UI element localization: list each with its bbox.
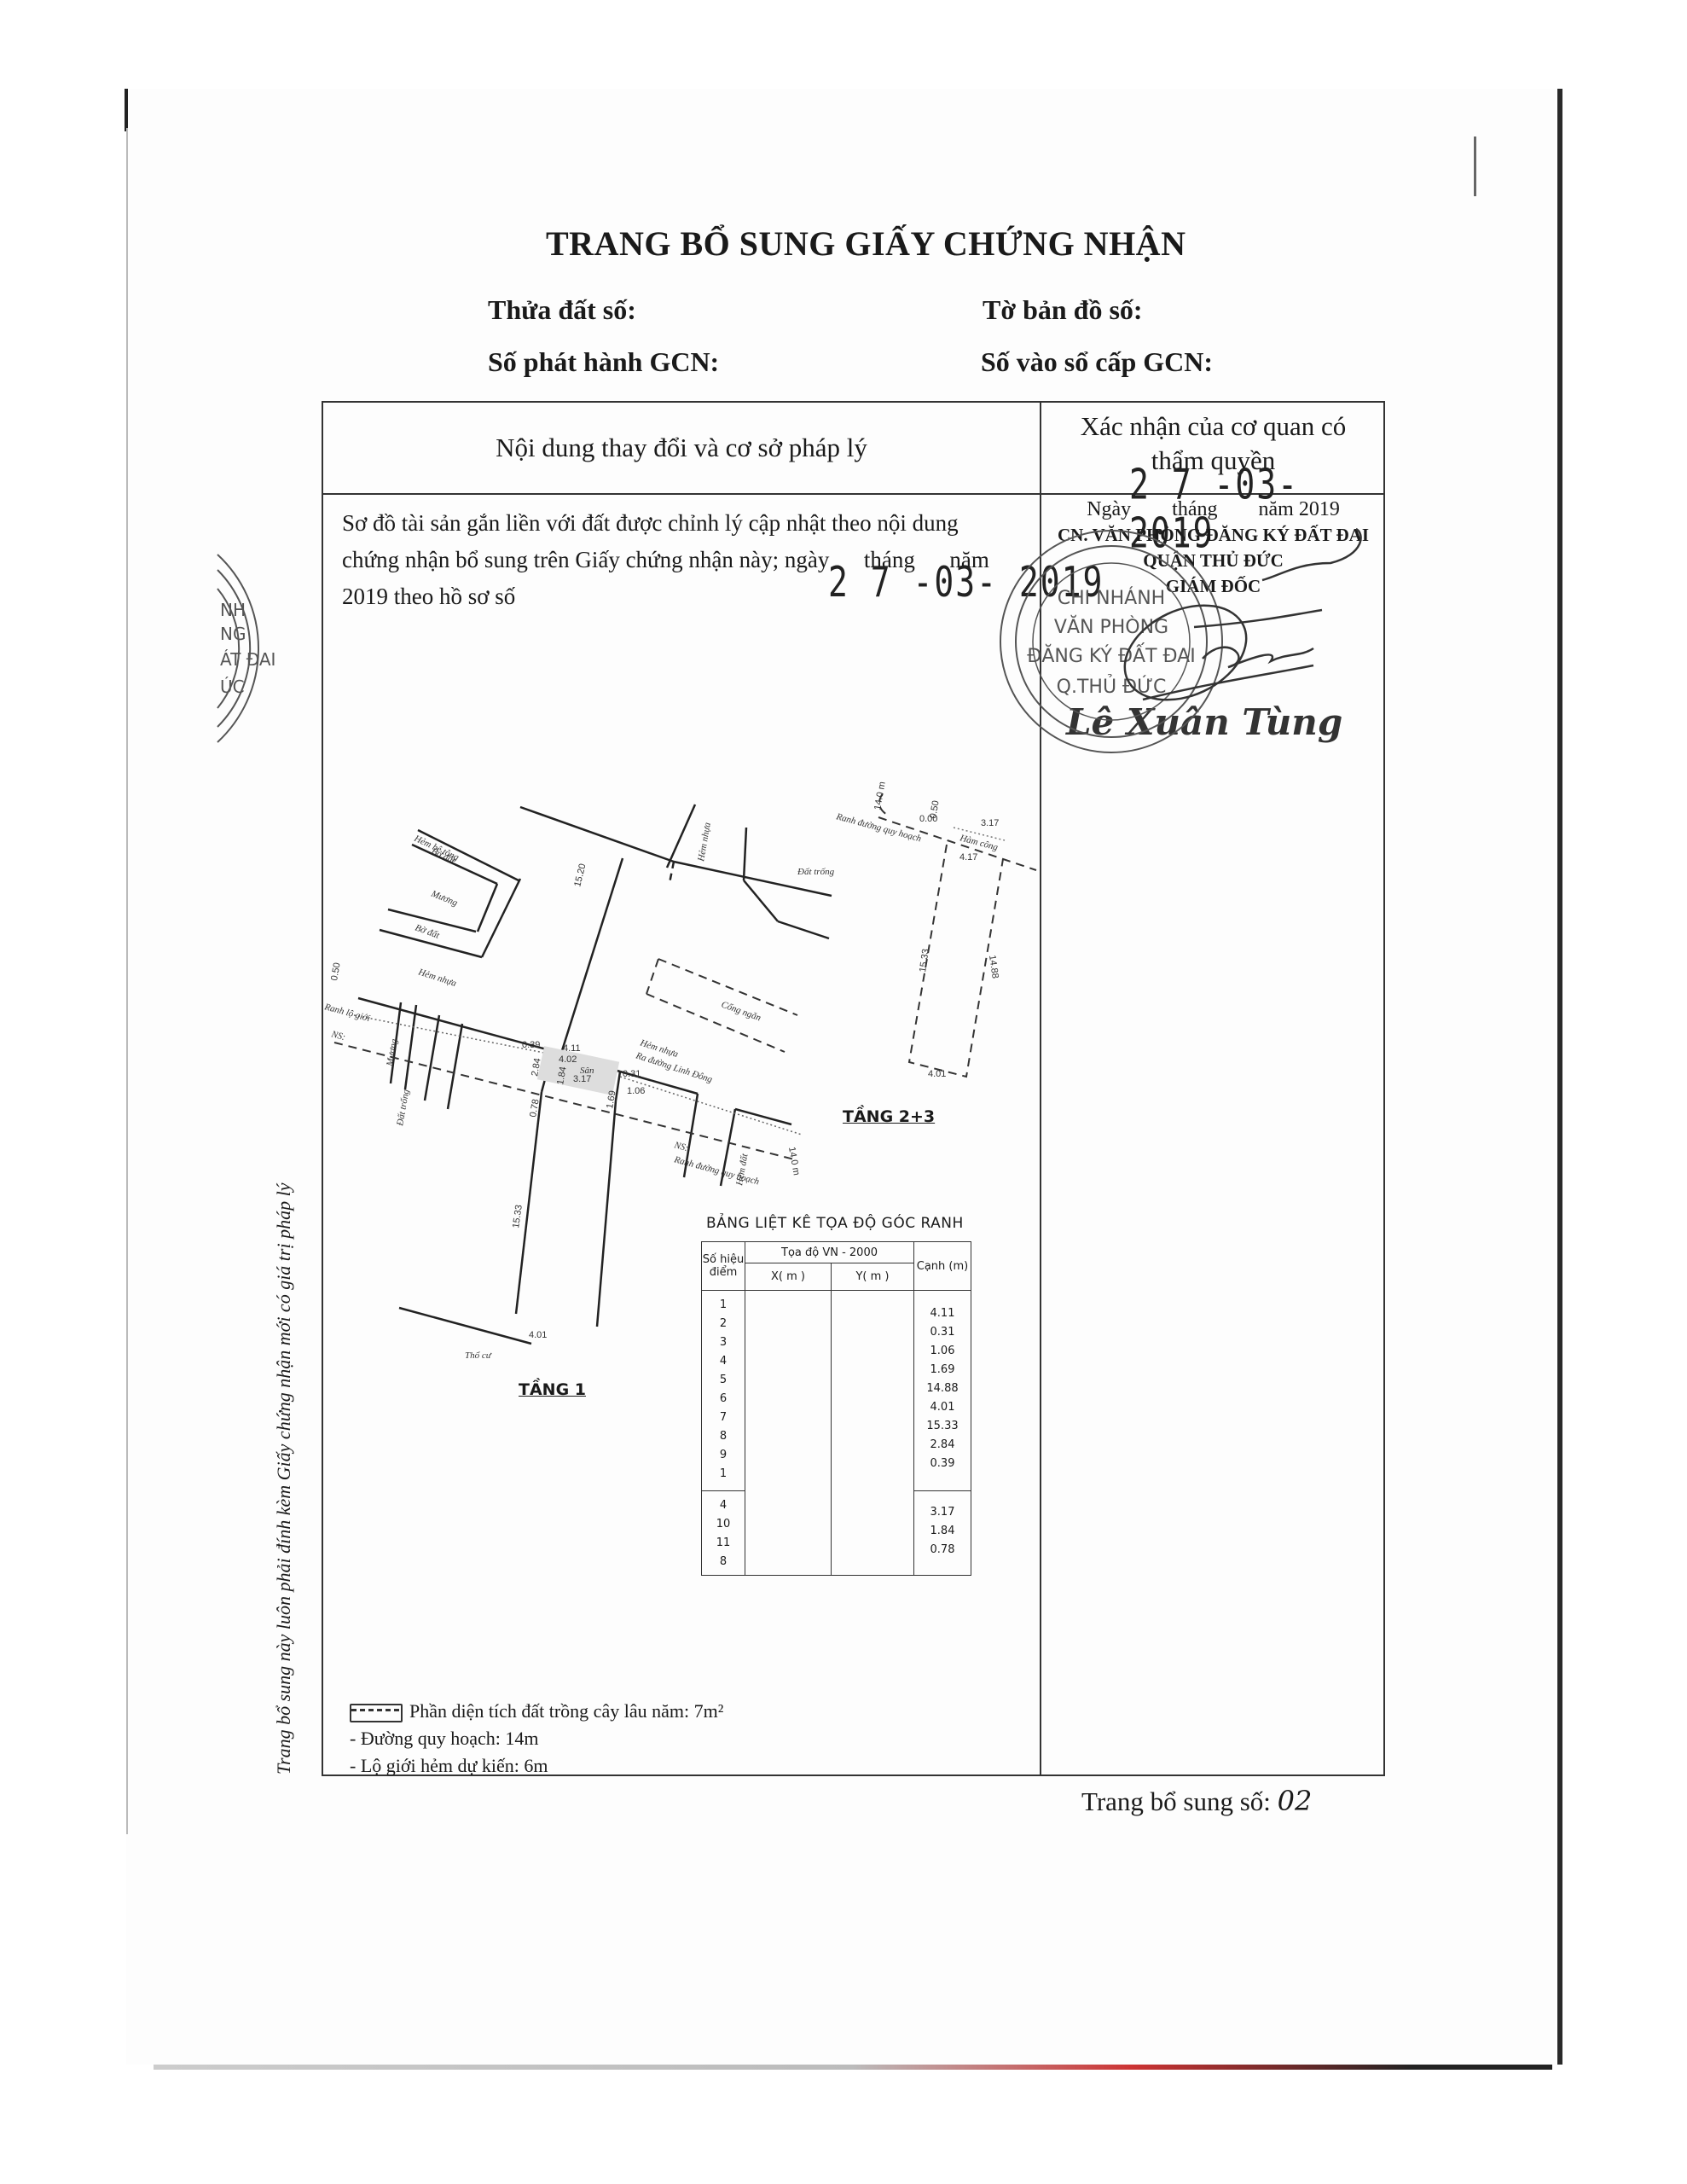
seal-icon — [1000, 531, 1222, 752]
dim-4-01: 4.01 — [529, 1330, 547, 1340]
label-cong-ngan: Cống ngăn — [720, 1000, 762, 1024]
label-ns-1: NS: — [329, 1029, 346, 1043]
page-number-line: Trang bổ sung số: 02 — [1081, 1785, 1312, 1817]
point-id: 11 — [702, 1534, 745, 1553]
dim-1-06: 1.06 — [627, 1086, 645, 1096]
header-x: X( m ) — [745, 1263, 832, 1291]
dim-15-20: 15.20 — [572, 863, 588, 888]
svg-text:NG: NG — [220, 624, 246, 644]
edge-length: 2.84 — [914, 1436, 971, 1455]
edge-length: 1.69 — [914, 1361, 971, 1380]
label-bo-dat-2: Bờ đất — [414, 923, 442, 942]
dim-0-39: 0.39 — [522, 1040, 540, 1050]
label-muong: Mương — [429, 888, 460, 909]
dim-0-31: 0.31 — [623, 1069, 641, 1079]
label-hem-nhua-top: Hẻm nhựa — [696, 822, 713, 863]
page-number-value: 02 — [1278, 1785, 1313, 1817]
group2-edges: 3.171.840.78 — [914, 1491, 971, 1576]
label-tho-cu: Thổ cư — [465, 1350, 492, 1361]
dim-2-3-17: 3.17 — [981, 818, 999, 828]
point-id: 2 — [702, 1315, 745, 1333]
edge-length: 0.78 — [914, 1541, 971, 1560]
point-id: 8 — [702, 1553, 745, 1571]
y-values — [832, 1291, 914, 1576]
label-ranh-lo-gioi: Ranh lộ giới — [322, 1002, 371, 1024]
seal-text-2: VĂN PHÒNG — [1054, 615, 1168, 638]
svg-text:ÚC: ÚC — [220, 677, 245, 697]
edge-length: 0.39 — [914, 1455, 971, 1473]
point-id: 1 — [702, 1296, 745, 1315]
group1-points: 1234567891 — [702, 1291, 745, 1491]
point-id: 4 — [702, 1352, 745, 1371]
header-coord: Tọa độ VN - 2000 — [745, 1242, 914, 1263]
partial-seal-icon — [217, 555, 258, 742]
header-y: Y( m ) — [832, 1263, 914, 1291]
dim-2-4-01: 4.01 — [928, 1069, 946, 1079]
edge-length: 4.01 — [914, 1398, 971, 1417]
point-id: 1 — [702, 1465, 745, 1484]
dim-2-14m: 14.0 m — [872, 781, 888, 810]
point-id: 4 — [702, 1496, 745, 1515]
svg-text:NH: NH — [220, 600, 246, 620]
edge-length: 1.84 — [914, 1522, 971, 1541]
dim-4-17: 4.17 — [959, 852, 977, 863]
floor-1-label: TẦNG 1 — [519, 1380, 586, 1399]
side-note: Trang bổ sung này luôn phải đính kèm Giấ… — [273, 1183, 295, 1774]
edge-length: 14.88 — [914, 1380, 971, 1398]
dim-4-11: 4.11 — [563, 1043, 581, 1054]
coord-table: Số hiệu điểm Tọa độ VN - 2000 Cạnh (m) X… — [701, 1241, 971, 1576]
point-id: 10 — [702, 1515, 745, 1534]
point-id: 9 — [702, 1446, 745, 1465]
label-ns-2: NS: — [672, 1140, 689, 1153]
x-values — [745, 1291, 832, 1576]
edge-length: 1.06 — [914, 1342, 971, 1361]
seal-text-1: CHI NHÁNH — [1058, 587, 1165, 609]
dim-4-02: 4.02 — [559, 1054, 577, 1065]
svg-text:ÁT ĐAI: ÁT ĐAI — [220, 649, 275, 670]
coord-table-title: BẢNG LIỆT KÊ TỌA ĐỘ GÓC RANH — [706, 1215, 964, 1232]
group2-points: 410118 — [702, 1491, 745, 1576]
legend-item-3: - Lộ giới hẻm dự kiến: 6m — [350, 1752, 723, 1780]
dim-15-33: 15.33 — [511, 1204, 525, 1228]
label-dat-trong-top: Đất trống — [797, 867, 835, 877]
label-dat-trong: Đất trống — [395, 1089, 412, 1128]
edge-length: 15.33 — [914, 1417, 971, 1436]
dim-2-14-88: 14.88 — [987, 955, 1000, 979]
dim-2-0-50: 0.50 — [928, 799, 942, 819]
page-number-label: Trang bổ sung số: — [1081, 1786, 1271, 1816]
legend-item-2: - Đường quy hoạch: 14m — [350, 1725, 723, 1752]
point-id: 3 — [702, 1333, 745, 1352]
label-muong-vertical: Mương — [385, 1037, 400, 1067]
edge-length: 3.17 — [914, 1503, 971, 1522]
dim-14m: 14.0 m — [786, 1146, 802, 1176]
point-id: 8 — [702, 1427, 745, 1446]
dim-0-50: 0.50 — [329, 961, 343, 981]
site-plan-drawing: CHI NHÁNH VĂN PHÒNG ĐĂNG KÝ ĐẤT ĐAI Q.TH… — [0, 0, 1687, 2184]
dim-2-15-33: 15.33 — [918, 948, 931, 973]
header-point: Số hiệu điểm — [702, 1242, 745, 1291]
dim-3-17: 3.17 — [573, 1074, 591, 1084]
point-id: 5 — [702, 1371, 745, 1390]
hatch-swatch-icon — [350, 1704, 403, 1722]
legend-item-1: Phần diện tích đất trồng cây lâu năm: 7m… — [409, 1700, 723, 1722]
group1-edges: 4.110.311.061.6914.884.0115.332.840.39 — [914, 1291, 971, 1491]
seal-text-3: ĐĂNG KÝ ĐẤT ĐAI — [1027, 643, 1195, 667]
floor-2-3-label: TẦNG 2+3 — [843, 1107, 935, 1126]
legend: Phần diện tích đất trồng cây lâu năm: 7m… — [350, 1698, 723, 1780]
edge-length: 0.31 — [914, 1323, 971, 1342]
label-ham-cong: Hàm công — [958, 833, 1000, 853]
seal-text-4: Q.THỦ ĐỨC — [1057, 674, 1167, 698]
point-id: 7 — [702, 1409, 745, 1427]
point-id: 6 — [702, 1390, 745, 1409]
label-hem-nhua: Hẻm nhựa — [416, 967, 458, 989]
header-edge: Cạnh (m) — [914, 1242, 971, 1291]
edge-length: 4.11 — [914, 1304, 971, 1323]
